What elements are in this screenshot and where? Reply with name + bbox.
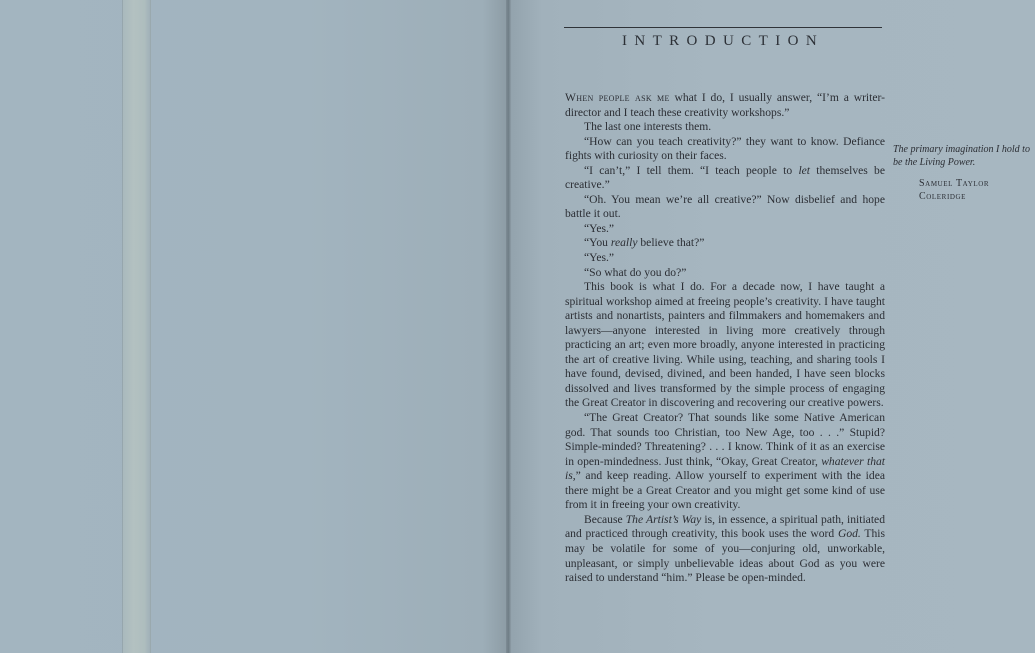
paragraph: Because The Artist’s Way is, in essence,… — [565, 513, 885, 586]
epigraph-quote: The primary imagination I hold to be the… — [893, 143, 1035, 169]
binding-tape-strip — [122, 0, 151, 653]
paragraph: This book is what I do. For a decade now… — [565, 280, 885, 411]
paragraph: “Yes.” — [565, 251, 885, 266]
left-page-blank — [0, 0, 508, 653]
paragraph: “You really believe that?” — [565, 236, 885, 251]
chapter-title: INTRODUCTION — [564, 33, 882, 50]
paragraph: “So what do you do?” — [565, 266, 885, 281]
paragraph: “Oh. You mean we’re all creative?” Now d… — [565, 193, 885, 222]
paragraph: When people ask me what I do, I usually … — [565, 91, 885, 120]
header-rule — [564, 27, 882, 28]
epigraph-attribution: Samuel Taylor Coleridge — [919, 177, 1029, 203]
paragraph: “I can’t,” I tell them. “I teach people … — [565, 164, 885, 193]
paragraph: “The Great Creator? That sounds like som… — [565, 411, 885, 513]
paragraph: “Yes.” — [565, 222, 885, 237]
lead-in-small-caps: When people ask me — [565, 91, 670, 104]
body-text: When people ask me what I do, I usually … — [565, 91, 885, 586]
paragraph: The last one interests them. — [565, 120, 885, 135]
paragraph: “How can you teach creativity?” they wan… — [565, 135, 885, 164]
